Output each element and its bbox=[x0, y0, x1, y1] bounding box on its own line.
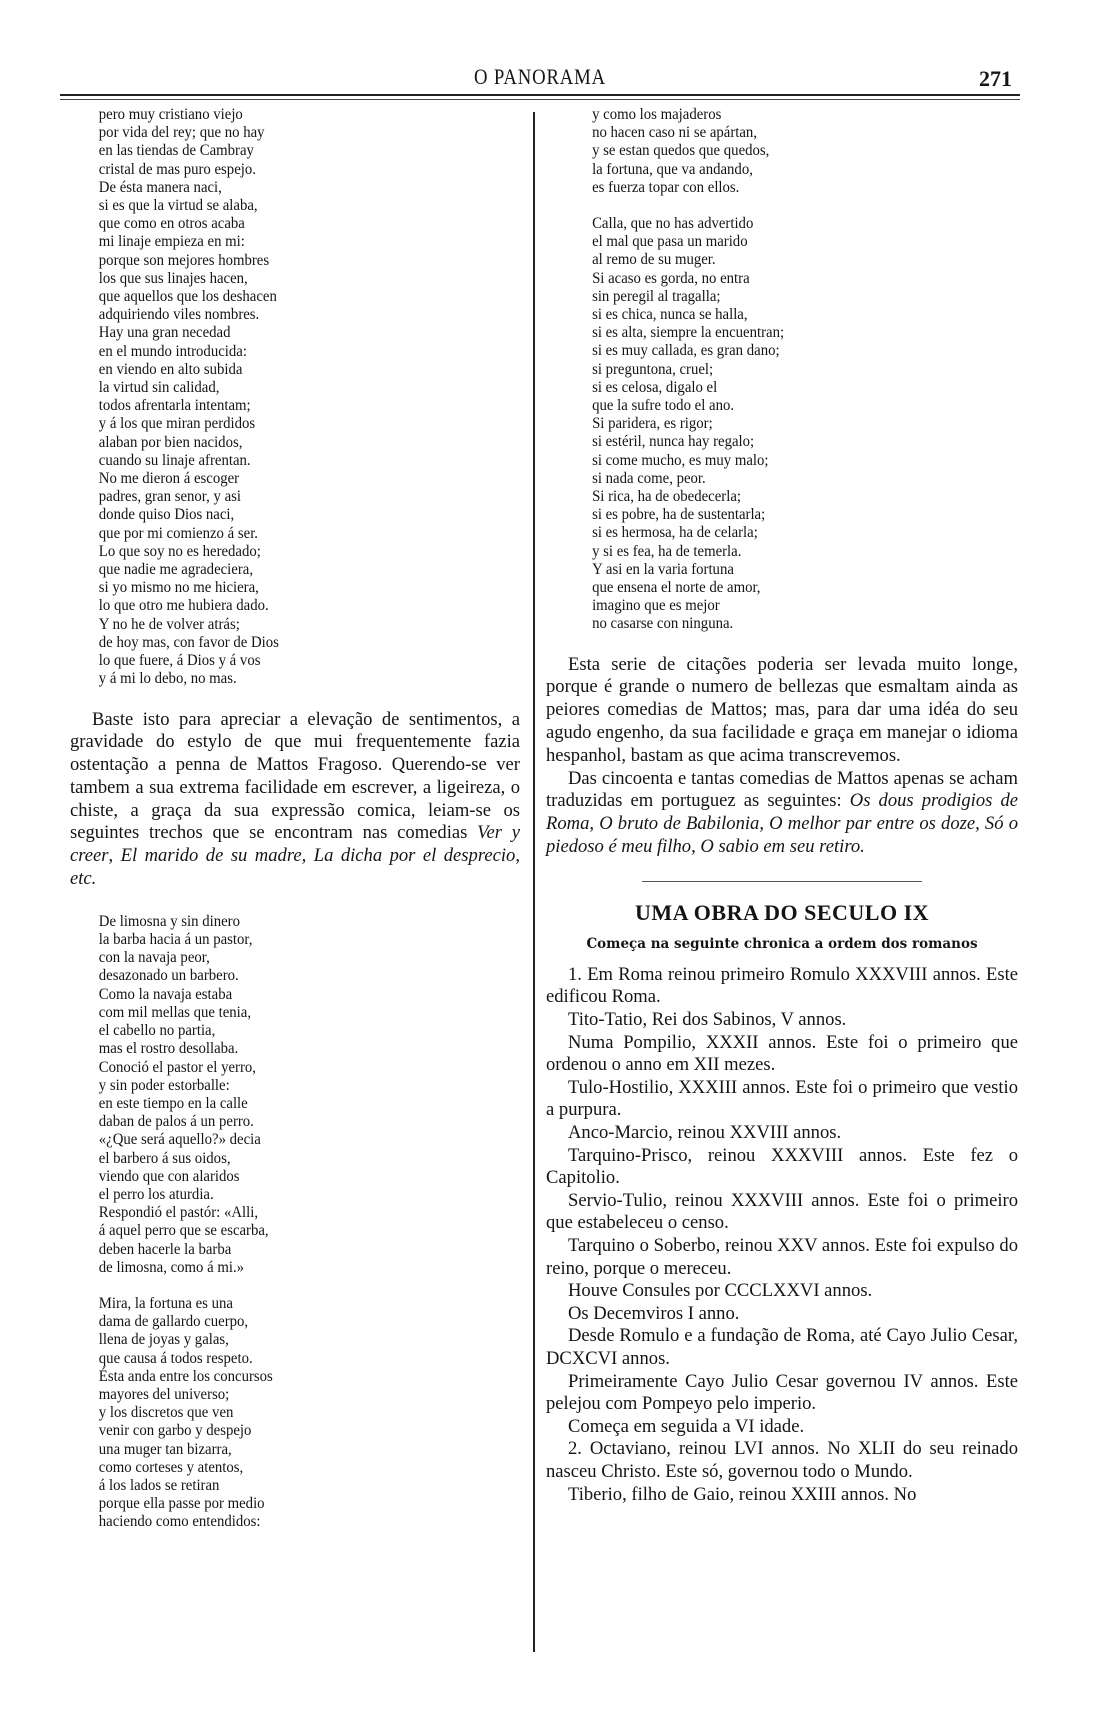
verse-line: no hacen caso ni se apártan, bbox=[592, 124, 999, 142]
left-column: pero muy cristiano viejopor vida del rey… bbox=[70, 106, 520, 1532]
chronicle-entry: Tarquino-Prisco, reinou XXXVIII annos. E… bbox=[546, 1145, 1018, 1190]
verse-line: el perro los aturdia. bbox=[99, 1186, 502, 1204]
separator: , bbox=[515, 845, 520, 866]
verse-line: mas el rostro desollaba. bbox=[99, 1040, 502, 1058]
verse-line: si es celosa, digalo el bbox=[592, 379, 999, 397]
verse-line: que ensena el norte de amor, bbox=[592, 579, 999, 597]
verse-line: Respondió el pastór: «Alli, bbox=[99, 1204, 502, 1222]
verse-line: una muger tan bizarra, bbox=[99, 1441, 502, 1459]
verse-line: si preguntona, cruel; bbox=[592, 361, 999, 379]
verse-line: si es chica, nunca se halla, bbox=[592, 306, 999, 324]
verse-line: si es muy callada, es gran dano; bbox=[592, 342, 999, 360]
verse-line: Lo que soy no es heredado; bbox=[99, 543, 502, 561]
verse-line: con la navaja peor, bbox=[99, 949, 502, 967]
verse-line: Si acaso es gorda, no entra bbox=[592, 270, 999, 288]
verse-line: mi linaje empieza en mi: bbox=[99, 233, 502, 251]
right-column: y como los majaderosno hacen caso ni se … bbox=[546, 106, 1018, 1506]
verse-line: De ésta manera naci, bbox=[99, 179, 502, 197]
verse-line: á aquel perro que se escarba, bbox=[99, 1222, 502, 1240]
verse-line: sin peregil al tragalla; bbox=[592, 288, 999, 306]
separator: , bbox=[109, 845, 121, 866]
chronicle-entry: Tulo-Hostilio, XXXIII annos. Este foi o … bbox=[546, 1077, 1018, 1122]
verse-line: Y no he de volver atrás; bbox=[99, 616, 502, 634]
comedy-title: El marido de su madre bbox=[121, 845, 302, 866]
page-number: 271 bbox=[979, 66, 1012, 92]
prose-text: Baste isto para apreciar a elevação de s… bbox=[70, 709, 520, 844]
verse-line: y á mi lo debo, no mas. bbox=[99, 670, 502, 688]
verse-line: el barbero á sus oidos, bbox=[99, 1150, 502, 1168]
verse-line: en este tiempo en la calle bbox=[99, 1095, 502, 1113]
verse-line: á los lados se retiran bbox=[99, 1477, 502, 1495]
verse-line: padres, gran senor, y asi bbox=[99, 488, 502, 506]
verse-line: que la sufre todo el ano. bbox=[592, 397, 999, 415]
verse-line: Conoció el pastor el yerro, bbox=[99, 1059, 502, 1077]
chronicle-entry: 2. Octaviano, reinou LVI annos. No XLII … bbox=[546, 1438, 1018, 1483]
verse-line: Y asi en la varia fortuna bbox=[592, 561, 999, 579]
verse-line: la virtud sin calidad, bbox=[99, 379, 502, 397]
header-rule-top bbox=[60, 94, 1020, 96]
verse-line: que causa á todos respeto. bbox=[99, 1350, 502, 1368]
verse-line: en el mundo introducida: bbox=[99, 343, 502, 361]
running-header: O PANORAMA 271 bbox=[60, 64, 1020, 100]
verse-line: que por mi comienzo á ser. bbox=[99, 525, 502, 543]
verse-quote-4: y como los majaderosno hacen caso ni se … bbox=[546, 106, 999, 197]
verse-line: si es alta, siempre la encuentran; bbox=[592, 324, 999, 342]
prose-paragraph-3: Das cincoenta e tantas comedias de Matto… bbox=[546, 768, 1018, 859]
section-subtitle: Começa na seguinte chronica a ordem dos … bbox=[546, 936, 1018, 952]
verse-line: y los discretos que ven bbox=[99, 1404, 502, 1422]
verse-line: si es pobre, ha de sustentarla; bbox=[592, 506, 999, 524]
verse-line: que aquellos que los deshacen bbox=[99, 288, 502, 306]
verse-line: mayores del universo; bbox=[99, 1386, 502, 1404]
verse-line: Como la navaja estaba bbox=[99, 986, 502, 1004]
spacer bbox=[546, 634, 1018, 654]
verse-line: «¿Que será aquello?» decia bbox=[99, 1131, 502, 1149]
verse-line: todos afrentarla intentam; bbox=[99, 397, 502, 415]
verse-line: cuando su linaje afrentan. bbox=[99, 452, 502, 470]
verse-line: si nada come, peor. bbox=[592, 470, 999, 488]
prose-text: Esta serie de citações poderia ser levad… bbox=[546, 654, 1018, 766]
chronicle-entry: Houve Consules por CCCLXXVI annos. bbox=[546, 1280, 1018, 1303]
stanza-gap bbox=[70, 1277, 520, 1295]
verse-line: de limosna, como á mi.» bbox=[99, 1259, 502, 1277]
verse-line: por vida del rey; que no hay bbox=[99, 124, 502, 142]
verse-line: porque ella passe por medio bbox=[99, 1495, 502, 1513]
verse-line: viendo que con alaridos bbox=[99, 1168, 502, 1186]
verse-line: es fuerza topar con ellos. bbox=[592, 179, 999, 197]
verse-line: al remo de su muger. bbox=[592, 251, 999, 269]
verse-line: alaban por bien nacidos, bbox=[99, 434, 502, 452]
verse-line: si estéril, nunca hay regalo; bbox=[592, 433, 999, 451]
verse-line: donde quiso Dios naci, bbox=[99, 506, 502, 524]
verse-line: Si paridera, es rigor; bbox=[592, 415, 999, 433]
chronicle-entry: Tito-Tatio, Rei dos Sabinos, V annos. bbox=[546, 1009, 1018, 1032]
verse-line: daban de palos á un perro. bbox=[99, 1113, 502, 1131]
verse-line: si es hermosa, ha de celarla; bbox=[592, 524, 999, 542]
verse-line: pero muy cristiano viejo bbox=[99, 106, 502, 124]
verse-line: y se estan quedos que quedos, bbox=[592, 142, 999, 160]
verse-line: No me dieron á escoger bbox=[99, 470, 502, 488]
verse-line: desazonado un barbero. bbox=[99, 967, 502, 985]
verse-line: si es que la virtud se alaba, bbox=[99, 197, 502, 215]
chronicle-entry: Começa em seguida a VI idade. bbox=[546, 1416, 1018, 1439]
etc-text: etc. bbox=[70, 868, 96, 889]
verse-line: como corteses y atentos, bbox=[99, 1459, 502, 1477]
prose-paragraph-1: Baste isto para apreciar a elevação de s… bbox=[70, 709, 520, 891]
chronicle-entry: Primeiramente Cayo Julio Cesar governou … bbox=[546, 1371, 1018, 1416]
verse-line: Ésta anda entre los concursos bbox=[99, 1368, 502, 1386]
chronicle-entry: 1. Em Roma reinou primeiro Romulo XXXVII… bbox=[546, 964, 1018, 1009]
spacer bbox=[70, 891, 520, 913]
verse-line: Hay una gran necedad bbox=[99, 324, 502, 342]
verse-line: adquiriendo viles nombres. bbox=[99, 306, 502, 324]
verse-quote-3: Mira, la fortuna es unadama de gallardo … bbox=[70, 1295, 502, 1532]
periodical-title: O PANORAMA bbox=[132, 64, 948, 90]
verse-line: imagino que es mejor bbox=[592, 597, 999, 615]
verse-line: de hoy mas, con favor de Dios bbox=[99, 634, 502, 652]
verse-line: el mal que pasa un marido bbox=[592, 233, 999, 251]
verse-line: si yo mismo no me hiciera, bbox=[99, 579, 502, 597]
chronicle-entry: Numa Pompilio, XXXII annos. Este foi o p… bbox=[546, 1032, 1018, 1077]
chronicle-entry: Tarquino o Soberbo, reinou XXV annos. Es… bbox=[546, 1235, 1018, 1280]
verse-line: De limosna y sin dinero bbox=[99, 913, 502, 931]
verse-line: Calla, que no has advertido bbox=[592, 215, 999, 233]
stanza-gap bbox=[546, 197, 1018, 215]
verse-line: haciendo como entendidos: bbox=[99, 1513, 502, 1531]
chronicle-entry: Servio-Tulio, reinou XXXVIII annos. Este… bbox=[546, 1190, 1018, 1235]
verse-line: cristal de mas puro espejo. bbox=[99, 161, 502, 179]
comedy-title: La dicha por el desprecio bbox=[314, 845, 516, 866]
chronicle-entries: 1. Em Roma reinou primeiro Romulo XXXVII… bbox=[546, 964, 1018, 1506]
prose-paragraph-2: Esta serie de citações poderia ser levad… bbox=[546, 654, 1018, 768]
verse-line: dama de gallardo cuerpo, bbox=[99, 1313, 502, 1331]
verse-line: en viendo en alto subida bbox=[99, 361, 502, 379]
verse-line: que nadie me agradeciera, bbox=[99, 561, 502, 579]
verse-line: la barba hacia á un pastor, bbox=[99, 931, 502, 949]
verse-quote-5: Calla, que no has advertidoel mal que pa… bbox=[546, 215, 999, 634]
verse-line: el cabello no partia, bbox=[99, 1022, 502, 1040]
separator: , bbox=[302, 845, 314, 866]
verse-line: Si rica, ha de obedecerla; bbox=[592, 488, 999, 506]
verse-line: que como en otros acaba bbox=[99, 215, 502, 233]
header-rule-bottom bbox=[60, 99, 1020, 100]
verse-line: y á los que miran perdidos bbox=[99, 415, 502, 433]
chronicle-entry: Tiberio, filho de Gaio, reinou XXIII ann… bbox=[546, 1484, 1018, 1507]
verse-line: lo que fuere, á Dios y á vos bbox=[99, 652, 502, 670]
verse-line: lo que otro me hubiera dado. bbox=[99, 597, 502, 615]
verse-line: deben hacerle la barba bbox=[99, 1241, 502, 1259]
verse-line: en las tiendas de Cambray bbox=[99, 142, 502, 160]
verse-line: y si es fea, ha de temerla. bbox=[592, 543, 999, 561]
verse-line: y como los majaderos bbox=[592, 106, 999, 124]
spacer bbox=[70, 689, 520, 709]
chronicle-entry: Desde Romulo e a fundação de Roma, até C… bbox=[546, 1325, 1018, 1370]
verse-line: no casarse con ninguna. bbox=[592, 615, 999, 633]
verse-line: com mil mellas que tenia, bbox=[99, 1004, 502, 1022]
verse-line: la fortuna, que va andando, bbox=[592, 161, 999, 179]
verse-quote-1: pero muy cristiano viejopor vida del rey… bbox=[70, 106, 502, 689]
column-divider bbox=[533, 112, 535, 1652]
verse-line: Mira, la fortuna es una bbox=[99, 1295, 502, 1313]
verse-line: llena de joyas y galas, bbox=[99, 1331, 502, 1349]
chronicle-entry: Os Decemviros I anno. bbox=[546, 1303, 1018, 1326]
verse-quote-2: De limosna y sin dinerola barba hacia á … bbox=[70, 913, 502, 1277]
verse-line: porque son mejores hombres bbox=[99, 252, 502, 270]
section-divider bbox=[642, 881, 922, 882]
chronicle-entry: Anco-Marcio, reinou XXVIII annos. bbox=[546, 1122, 1018, 1145]
verse-line: si come mucho, es muy malo; bbox=[592, 452, 999, 470]
section-title: UMA OBRA DO SECULO IX bbox=[546, 900, 1018, 926]
verse-line: y sin poder estorballe: bbox=[99, 1077, 502, 1095]
verse-line: venir con garbo y despejo bbox=[99, 1422, 502, 1440]
verse-line: los que sus linajes hacen, bbox=[99, 270, 502, 288]
